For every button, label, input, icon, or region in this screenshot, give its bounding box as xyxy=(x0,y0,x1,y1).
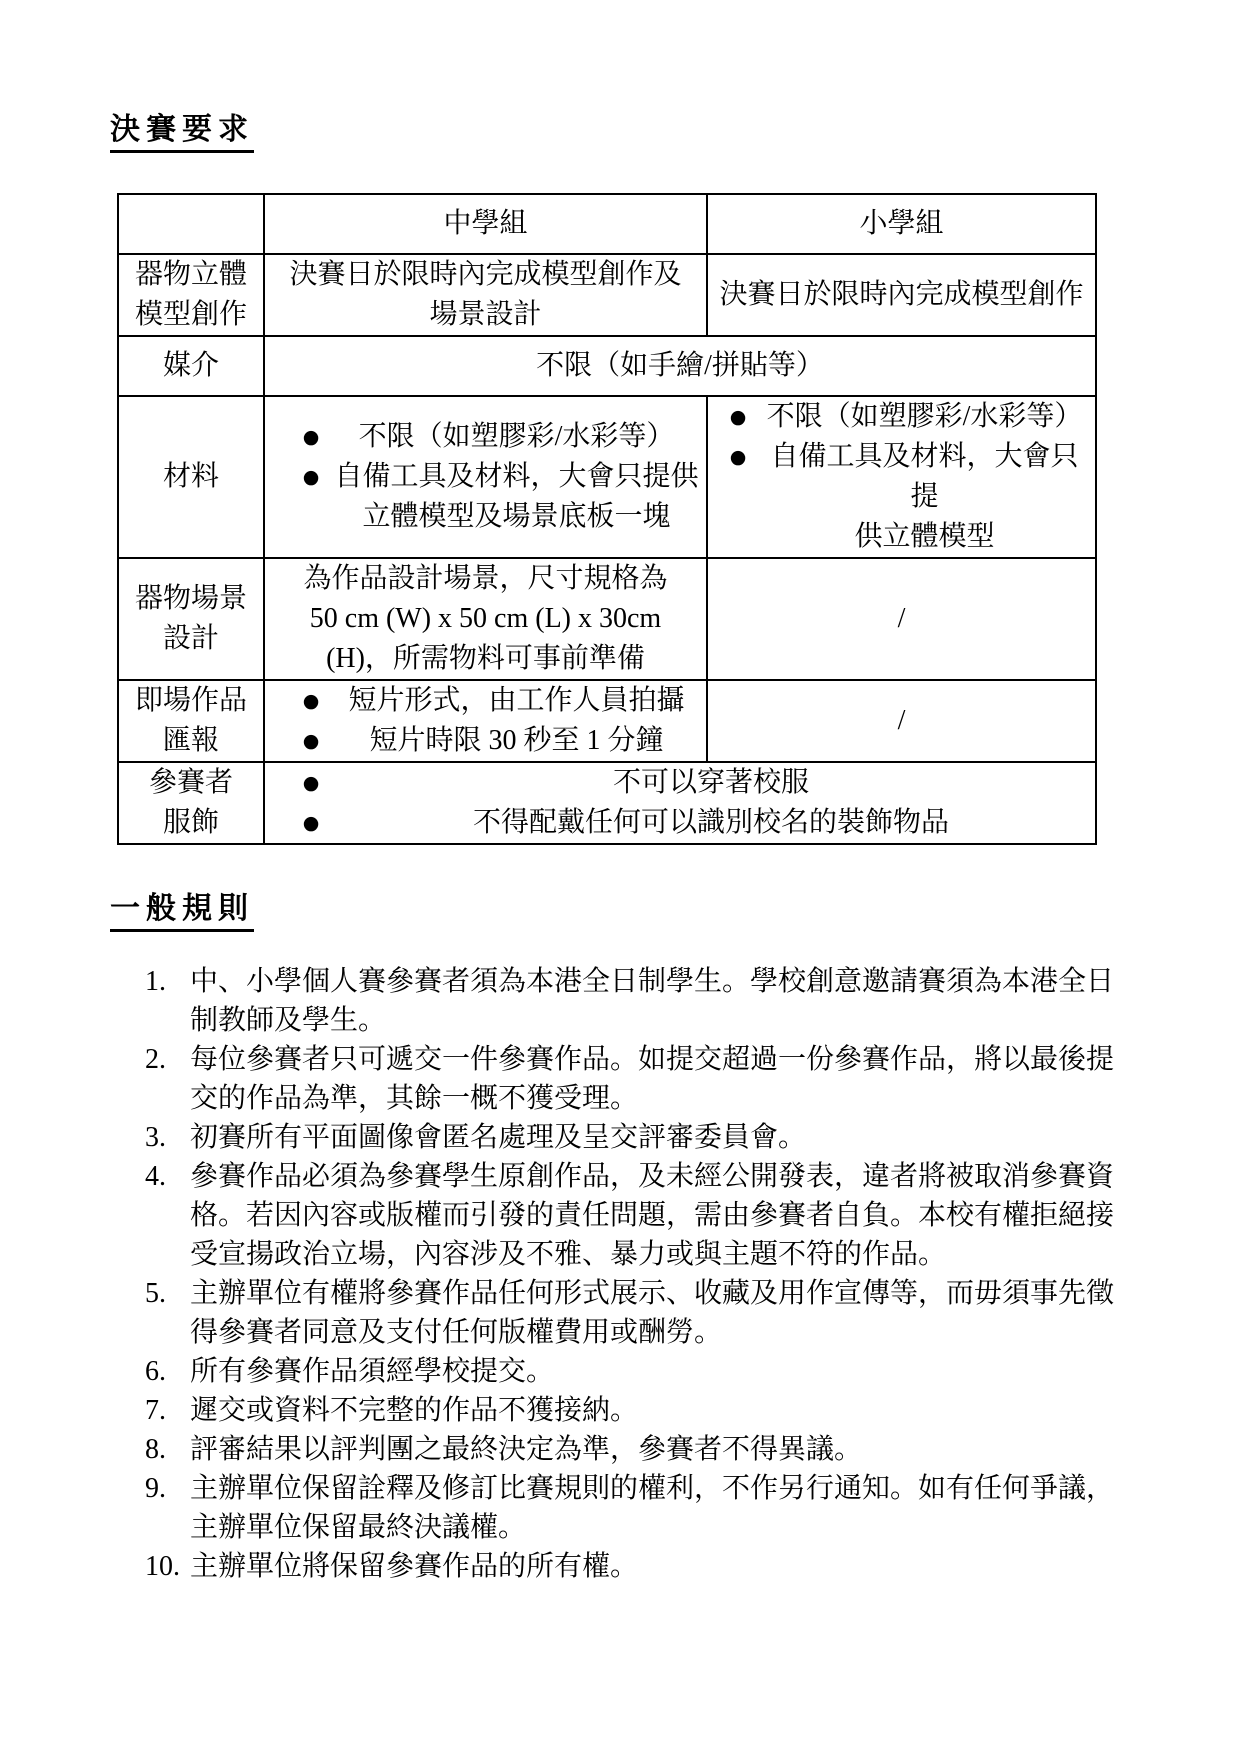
bullet-item: ● 短片形式，由工作人員拍攝 xyxy=(289,681,700,721)
finals-requirements-table: 中學組 小學組 器物立體 模型創作 決賽日於限時內完成模型創作及 場景設計 決賽… xyxy=(117,193,1097,845)
rule-text: 中、小學個人賽參賽者須為本港全日制學生。學校創意邀請賽須為本港全日 制教師及學生… xyxy=(190,962,1120,1040)
row-label-materials: 材料 xyxy=(118,396,264,558)
bullet-text: 短片時限 30 秒至 1 分鐘 xyxy=(333,721,700,761)
rule-item-3: 3. 初賽所有平面圖像會匿名處理及呈交評審委員會。 xyxy=(145,1118,1130,1157)
bullet-icon: ● xyxy=(289,721,333,761)
rule-number: 8. xyxy=(145,1430,190,1469)
cell-model-creation-secondary: 決賽日於限時內完成模型創作及 場景設計 xyxy=(264,254,707,336)
rule-item-1: 1. 中、小學個人賽參賽者須為本港全日制學生。學校創意邀請賽須為本港全日 制教師… xyxy=(145,962,1130,1040)
row-model-creation: 器物立體 模型創作 決賽日於限時內完成模型創作及 場景設計 決賽日於限時內完成模… xyxy=(118,254,1096,336)
bullet-icon: ● xyxy=(289,681,333,721)
row-live-report: 即場作品 匯報 ● 短片形式，由工作人員拍攝 ● 短片時限 30 秒至 1 分鐘… xyxy=(118,680,1096,762)
finals-requirements-heading: 決賽要求 xyxy=(110,112,254,153)
cell-scene-design-primary-slash: / xyxy=(707,558,1096,680)
row-label-medium: 媒介 xyxy=(118,336,264,396)
rule-text: 主辦單位保留詮釋及修訂比賽規則的權利，不作另行通知。如有任何爭議， 主辦單位保留… xyxy=(190,1469,1120,1547)
rule-text: 遲交或資料不完整的作品不獲接納。 xyxy=(190,1391,1120,1430)
header-cell-secondary-group: 中學組 xyxy=(264,194,707,254)
document-page: 決賽要求 中學組 小學組 器物立體 模型創作 決賽日於限時內完成模型創作及 場景… xyxy=(0,0,1240,1754)
cell-live-report-secondary: ● 短片形式，由工作人員拍攝 ● 短片時限 30 秒至 1 分鐘 xyxy=(264,680,707,762)
cell-materials-secondary: ● 不限（如塑膠彩/水彩等） ● 自備工具及材料，大會只提供 立體模型及場景底板… xyxy=(264,396,707,558)
bullet-icon: ● xyxy=(289,417,333,457)
rule-number: 6. xyxy=(145,1352,190,1391)
row-label-dress-code: 參賽者 服飾 xyxy=(118,762,264,844)
row-medium: 媒介 不限（如手繪/拼貼等） xyxy=(118,336,1096,396)
row-label-scene-design: 器物場景 設計 xyxy=(118,558,264,680)
rule-item-4: 4. 參賽作品必須為參賽學生原創作品，及未經公開發表，違者將被取消參賽資 格。若… xyxy=(145,1157,1130,1274)
bullet-text: 不限（如塑膠彩/水彩等） xyxy=(333,417,700,457)
bullet-text: 自備工具及材料，大會只提 供立體模型 xyxy=(758,437,1091,557)
rule-text: 每位參賽者只可遞交一件參賽作品。如提交超過一份參賽作品，將以最後提 交的作品為準… xyxy=(190,1040,1120,1118)
rule-item-9: 9. 主辦單位保留詮釋及修訂比賽規則的權利，不作另行通知。如有任何爭議， 主辦單… xyxy=(145,1469,1130,1547)
rule-number: 3. xyxy=(145,1118,190,1157)
row-materials: 材料 ● 不限（如塑膠彩/水彩等） ● 自備工具及材料，大會只提供 立體模型及場… xyxy=(118,396,1096,558)
bullet-icon: ● xyxy=(718,437,758,477)
cell-live-report-primary-slash: / xyxy=(707,680,1096,762)
header-cell-primary-group: 小學組 xyxy=(707,194,1096,254)
row-label-live-report: 即場作品 匯報 xyxy=(118,680,264,762)
row-scene-design: 器物場景 設計 為作品設計場景，尺寸規格為 50 cm (W) x 50 cm … xyxy=(118,558,1096,680)
cell-materials-primary: ● 不限（如塑膠彩/水彩等） ● 自備工具及材料，大會只提 供立體模型 xyxy=(707,396,1096,558)
rule-text: 主辦單位有權將參賽作品任何形式展示、收藏及用作宣傳等，而毋須事先徵 得參賽者同意… xyxy=(190,1274,1120,1352)
bullet-item: ● 短片時限 30 秒至 1 分鐘 xyxy=(289,721,700,761)
table-header-row: 中學組 小學組 xyxy=(118,194,1096,254)
rule-item-10: 10. 主辦單位將保留參賽作品的所有權。 xyxy=(145,1547,1130,1586)
bullet-text: 短片形式，由工作人員拍攝 xyxy=(333,681,700,721)
rule-text: 所有參賽作品須經學校提交。 xyxy=(190,1352,1120,1391)
rule-item-5: 5. 主辦單位有權將參賽作品任何形式展示、收藏及用作宣傳等，而毋須事先徵 得參賽… xyxy=(145,1274,1130,1352)
rule-number: 1. xyxy=(145,962,190,1040)
bullet-icon: ● xyxy=(289,457,333,497)
general-rules-list: 1. 中、小學個人賽參賽者須為本港全日制學生。學校創意邀請賽須為本港全日 制教師… xyxy=(145,962,1130,1586)
rule-item-2: 2. 每位參賽者只可遞交一件參賽作品。如提交超過一份參賽作品，將以最後提 交的作… xyxy=(145,1040,1130,1118)
rule-item-6: 6. 所有參賽作品須經學校提交。 xyxy=(145,1352,1130,1391)
bullet-text: 不可以穿著校服 xyxy=(333,763,1089,803)
bullet-item: ● 不得配戴任何可以識別校名的裝飾物品 xyxy=(289,803,1089,843)
rule-number: 5. xyxy=(145,1274,190,1352)
rule-number: 2. xyxy=(145,1040,190,1118)
cell-medium-both-groups: 不限（如手繪/拼貼等） xyxy=(264,336,1096,396)
bullet-icon: ● xyxy=(289,803,333,843)
general-rules-heading: 一般規則 xyxy=(110,891,254,932)
bullet-icon: ● xyxy=(718,397,758,437)
cell-scene-design-secondary: 為作品設計場景，尺寸規格為 50 cm (W) x 50 cm (L) x 30… xyxy=(264,558,707,680)
rule-text: 評審結果以評判團之最終決定為準，參賽者不得異議。 xyxy=(190,1430,1120,1469)
rule-number: 7. xyxy=(145,1391,190,1430)
bullet-item: ● 自備工具及材料，大會只提供 立體模型及場景底板一塊 xyxy=(289,457,700,537)
bullet-text: 不得配戴任何可以識別校名的裝飾物品 xyxy=(333,803,1089,843)
row-label-model-creation: 器物立體 模型創作 xyxy=(118,254,264,336)
bullet-text: 不限（如塑膠彩/水彩等） xyxy=(758,397,1091,437)
rule-number: 4. xyxy=(145,1157,190,1274)
rule-text: 參賽作品必須為參賽學生原創作品，及未經公開發表，違者將被取消參賽資 格。若因內容… xyxy=(190,1157,1120,1274)
header-cell-blank xyxy=(118,194,264,254)
cell-dress-code-both-groups: ● 不可以穿著校服 ● 不得配戴任何可以識別校名的裝飾物品 xyxy=(264,762,1096,844)
bullet-icon: ● xyxy=(289,763,333,803)
rule-text: 主辦單位將保留參賽作品的所有權。 xyxy=(190,1547,1120,1586)
rule-item-7: 7. 遲交或資料不完整的作品不獲接納。 xyxy=(145,1391,1130,1430)
rule-number: 10. xyxy=(145,1547,190,1586)
bullet-item: ● 自備工具及材料，大會只提 供立體模型 xyxy=(718,437,1091,557)
bullet-item: ● 不可以穿著校服 xyxy=(289,763,1089,803)
row-dress-code: 參賽者 服飾 ● 不可以穿著校服 ● 不得配戴任何可以識別校名的裝飾物品 xyxy=(118,762,1096,844)
rule-number: 9. xyxy=(145,1469,190,1547)
bullet-item: ● 不限（如塑膠彩/水彩等） xyxy=(718,397,1091,437)
bullet-text: 自備工具及材料，大會只提供 立體模型及場景底板一塊 xyxy=(333,457,700,537)
rule-text: 初賽所有平面圖像會匿名處理及呈交評審委員會。 xyxy=(190,1118,1120,1157)
cell-model-creation-primary: 決賽日於限時內完成模型創作 xyxy=(707,254,1096,336)
bullet-item: ● 不限（如塑膠彩/水彩等） xyxy=(289,417,700,457)
rule-item-8: 8. 評審結果以評判團之最終決定為準，參賽者不得異議。 xyxy=(145,1430,1130,1469)
